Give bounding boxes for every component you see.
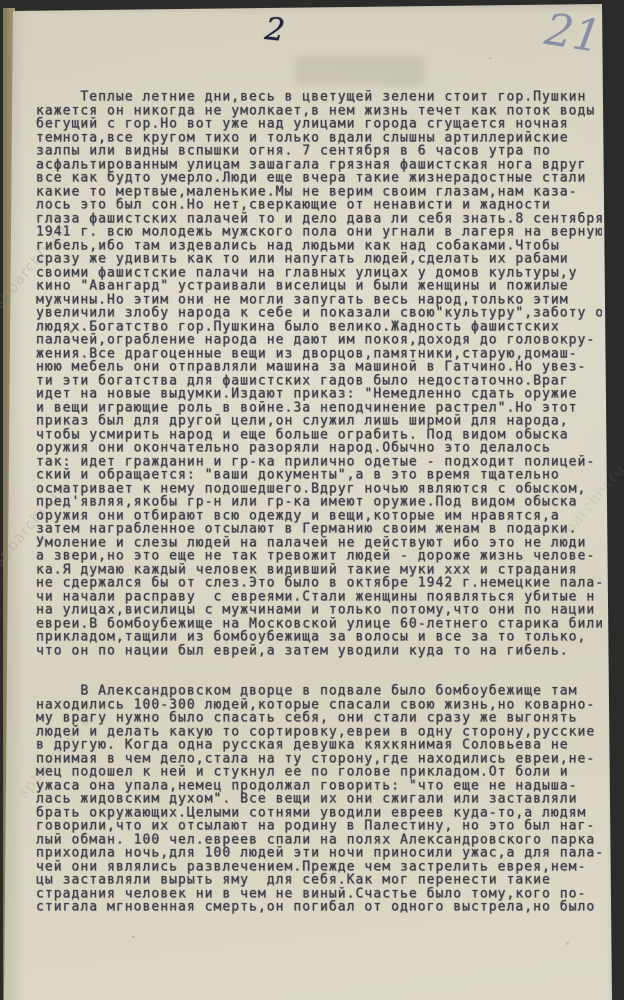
text-line: лось это был сон.Но нет,сверкающие от не… xyxy=(36,198,602,212)
text-line: залпы или видны вспышки огня. 7 сентября… xyxy=(36,144,602,158)
text-line: приказ был для другой цели,он служил лиш… xyxy=(36,414,602,428)
text-line: бегущий с гор.Но вот уже над улицами гор… xyxy=(36,117,602,131)
text-line: му врагу нужно было спасать себя, они ст… xyxy=(36,711,602,725)
text-line: затем награбленное отсылают в Германию с… xyxy=(36,522,602,536)
text-line: кино "Авангард" устраивали виселицы и бы… xyxy=(36,279,602,293)
text-line: в другую. Когда одна русская девушка кях… xyxy=(36,738,602,752)
text-line: ский и обращается: "ваши документы",а в … xyxy=(36,468,602,482)
text-line: а звери,но это еще не так тревожит людей… xyxy=(36,549,602,563)
text-line: Теплые летние дни,весь в цветущей зелени… xyxy=(36,90,602,104)
text-line: на улицах,висилицы с мужчинами и только … xyxy=(36,603,602,617)
scanned-document-page: spbarchiv.ru spbarchiv.ru spbarchiv.ru s… xyxy=(0,0,624,1000)
text-line: идет на новые выдумки.Издают приказ: "Не… xyxy=(36,387,602,401)
text-line: цы заставляли вырыть яму для себя.Как мо… xyxy=(36,873,602,887)
text-line: прикладом,тащили из бомбоубежища за воло… xyxy=(36,630,602,644)
faded-stamp-mark xyxy=(295,56,425,86)
text-line: стигала мгновенная смерть,он погибал от … xyxy=(36,900,602,914)
text-line: В Александровском дворце в подвале было … xyxy=(36,684,602,698)
text-line: говорили,что их отсылают на родину в Пал… xyxy=(36,819,602,833)
text-line: приходила ночь,для 100 людей эти ночи пр… xyxy=(36,846,602,860)
text-line: палачей,ограбление народа не дают им пок… xyxy=(36,333,602,347)
text-line: сразу же удивить как то или напугать люд… xyxy=(36,252,602,266)
text-line: нюю мебель они отправляли машина за маши… xyxy=(36,360,602,374)
text-line: пред'являя,якобы гр-н или гр-ка имеют ор… xyxy=(36,495,602,509)
text-line: увеличили злобу народа к себе и показали… xyxy=(36,306,602,320)
paper-speck xyxy=(132,936,135,938)
text-line: не сдержался бы от слез.Это было в октяб… xyxy=(36,576,602,590)
text-line: лась жидовским духом". Все вещи их они с… xyxy=(36,792,602,806)
paper-speck xyxy=(70,330,73,333)
text-line: что он по нации был еврей,а затем уводил… xyxy=(36,644,602,658)
text-line: оружия они окончательно разоряли народ.О… xyxy=(36,441,602,455)
paper-speck xyxy=(489,57,491,59)
handwritten-page-number: 2 xyxy=(263,11,286,49)
text-line: все как будто умерло.Люди еще вчера таки… xyxy=(36,171,602,185)
typewritten-lines: Теплые летние дни,весь в цветущей зелени… xyxy=(36,90,602,950)
text-line xyxy=(36,657,602,671)
handwritten-folio-number: 21 xyxy=(541,4,604,63)
paper-speck xyxy=(566,942,569,945)
text-line: мец подошел к ней и стукнул ее по голове… xyxy=(36,765,602,779)
text-line: 1941 г. всю молодежь мужского пола они у… xyxy=(36,225,602,239)
